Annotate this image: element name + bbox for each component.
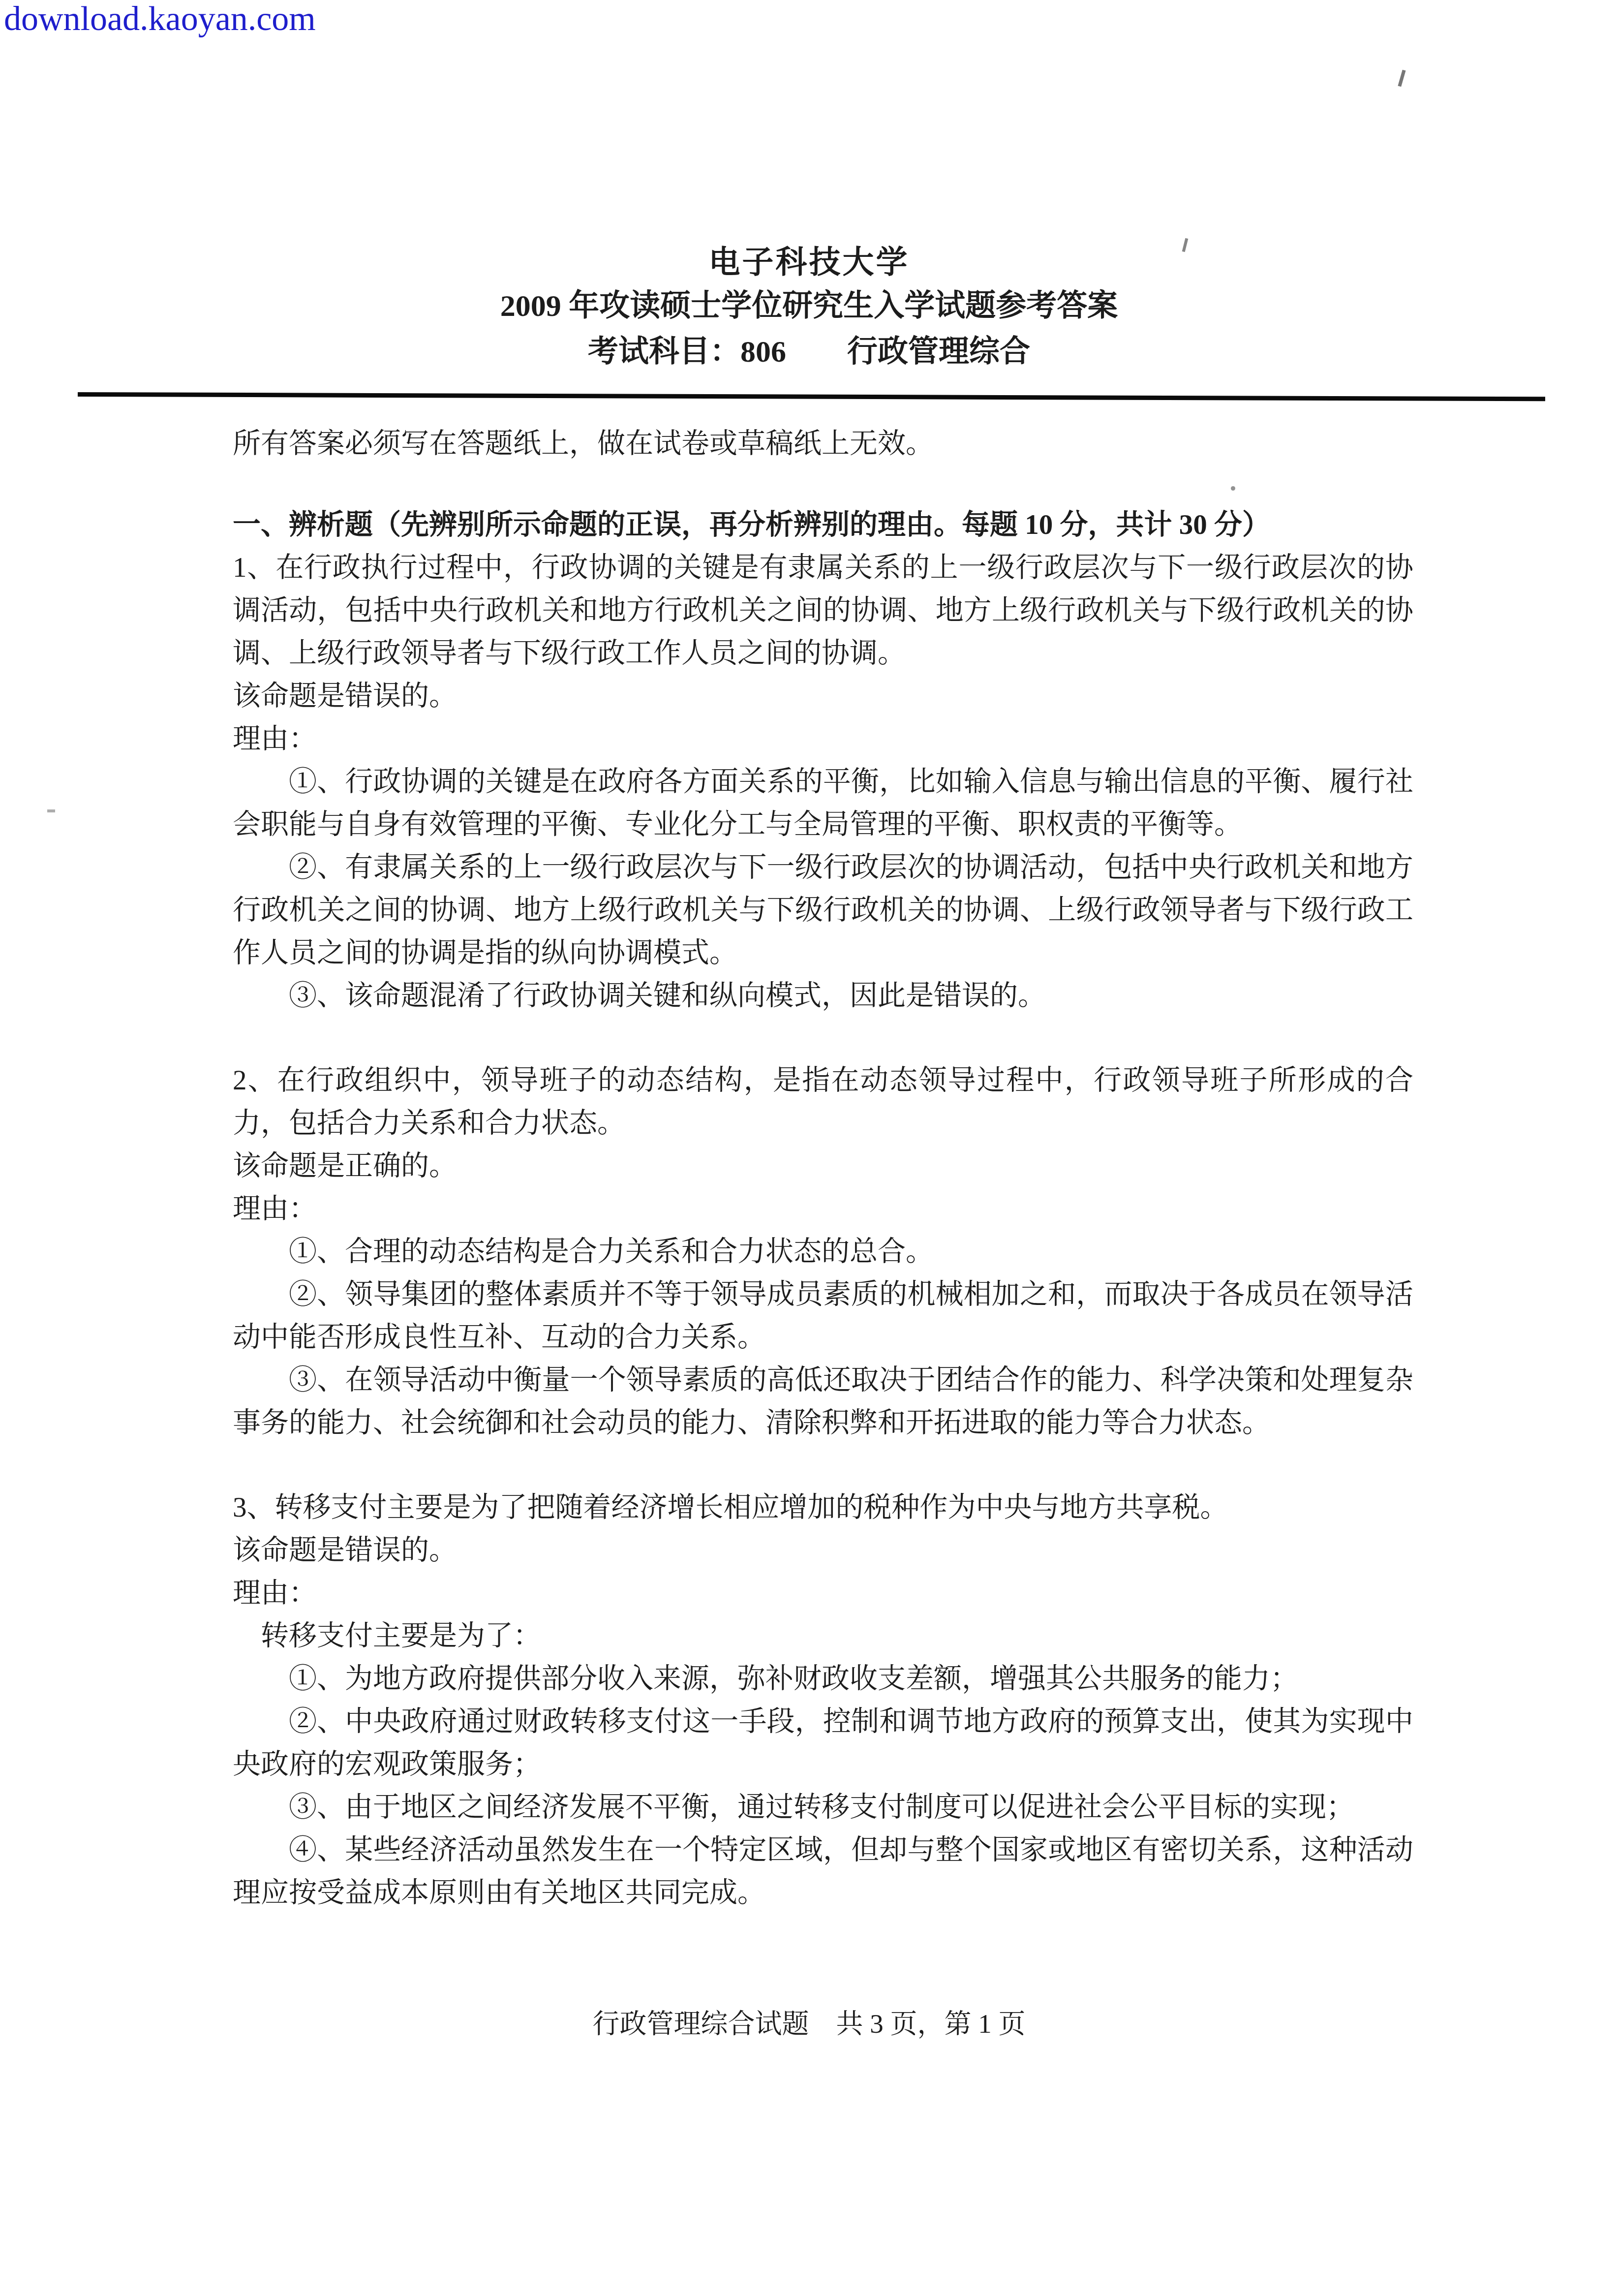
question-1-stem: 1、在行政执行过程中，行政协调的关键是有隶属关系的上一级行政层次与下一级行政层次… [233, 546, 1413, 675]
page-footer-text: 行政管理综合试题 共 3 页，第 1 页 [592, 2009, 1025, 2039]
question-1-verdict: 该命题是错误的。 [233, 675, 1413, 717]
question-2-stem: 2、在行政组织中，领导班子的动态结构，是指在动态领导过程中，行政领导班子所形成的… [233, 1059, 1413, 1145]
question-2-reason-label: 理由： [233, 1187, 1413, 1230]
question-1-point-2: ②、有隶属关系的上一级行政层次与下一级行政层次的协调活动，包括中央行政机关和地方… [233, 846, 1413, 974]
question-2-point-2: ②、领导集团的整体素质并不等于领导成员素质的机械相加之和，而取决于各成员在领导活… [233, 1273, 1413, 1359]
document-title: 2009 年攻读硕士学位研究生入学试题参考答案 [0, 289, 1618, 323]
scan-artifact [47, 809, 55, 812]
subject-line: 考试科目：806 行政管理综合 [0, 335, 1618, 369]
scanned-exam-answer-page: download.kaoyan.com 电子科技大学 2009 年攻读硕士学位研… [0, 0, 1618, 2296]
question-3-point-2: ②、中央政府通过财政转移支付这一手段，控制和调节地方政府的预算支出，使其为实现中… [233, 1700, 1413, 1786]
watermark-text: download.kaoyan.com [4, 1, 316, 37]
question-1-reason-label: 理由： [233, 717, 1413, 760]
scan-artifact [1398, 70, 1405, 87]
question-3-point-4: ④、某些经济活动虽然发生在一个特定区域，但却与整个国家或地区有密切关系，这种活动… [233, 1829, 1413, 1914]
document-header: 电子科技大学 2009 年攻读硕士学位研究生入学试题参考答案 考试科目：806 … [0, 245, 1618, 369]
question-2-verdict: 该命题是正确的。 [233, 1145, 1413, 1187]
page-footer: 行政管理综合试题 共 3 页，第 1 页 [0, 2008, 1618, 2040]
section-1-heading: 一、辨析题（先辨别所示命题的正误，再分析辨别的理由。每题 10 分，共计 30 … [233, 503, 1413, 546]
header-divider-rule [78, 392, 1545, 401]
university-title: 电子科技大学 [0, 245, 1618, 279]
question-2-point-1: ①、合理的动态结构是合力关系和合力状态的总合。 [233, 1230, 1413, 1273]
question-3-reason-label: 理由： [233, 1572, 1413, 1614]
question-3-point-3: ③、由于地区之间经济发展不平衡，通过转移支付制度可以促进社会公平目标的实现； [233, 1786, 1413, 1829]
question-2-point-3: ③、在领导活动中衡量一个领导素质的高低还取决于团结合作的能力、科学决策和处理复杂… [233, 1359, 1413, 1444]
question-1-point-3: ③、该命题混淆了行政协调关键和纵向模式，因此是错误的。 [233, 974, 1413, 1017]
question-3-point-1: ①、为地方政府提供部分收入来源，弥补财政收支差额，增强其公共服务的能力； [233, 1657, 1413, 1700]
answer-body: 所有答案必须写在答题纸上，做在试卷或草稿纸上无效。 一、辨析题（先辨别所示命题的… [233, 422, 1413, 1914]
question-3-verdict: 该命题是错误的。 [233, 1529, 1413, 1572]
question-3-intro: 转移支付主要是为了： [233, 1614, 1413, 1657]
question-1-point-1: ①、行政协调的关键是在政府各方面关系的平衡，比如输入信息与输出信息的平衡、履行社… [233, 760, 1413, 846]
question-3-stem: 3、转移支付主要是为了把随着经济增长相应增加的税种作为中央与地方共享税。 [233, 1486, 1413, 1529]
exam-notice: 所有答案必须写在答题纸上，做在试卷或草稿纸上无效。 [233, 422, 1413, 465]
